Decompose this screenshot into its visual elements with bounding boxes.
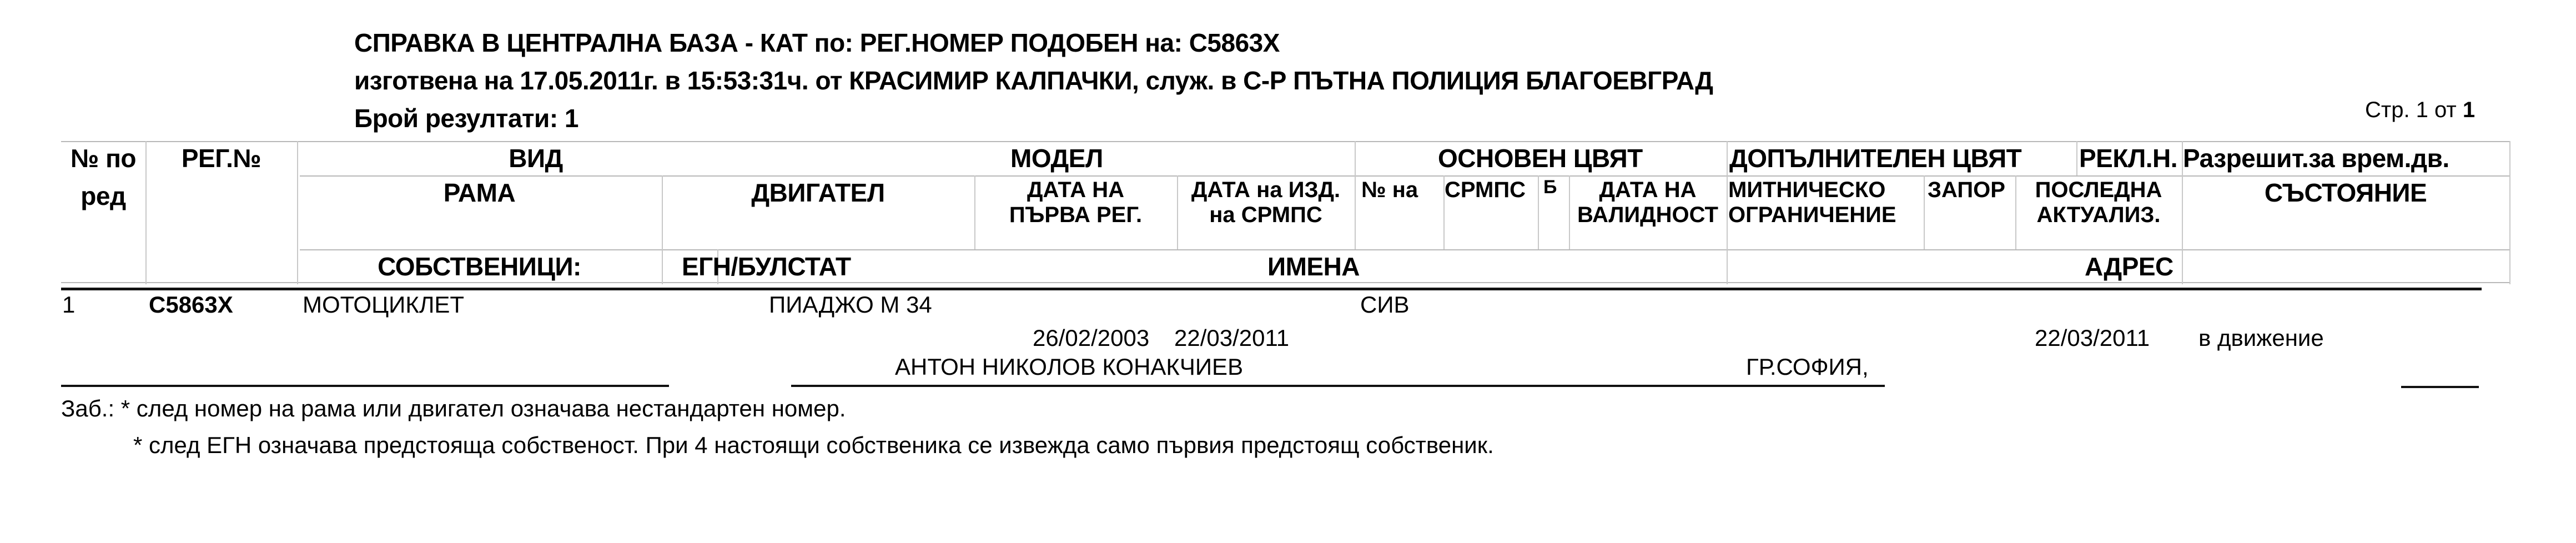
col-customs-restriction: МИТНИЧЕСКО ОГРАНИЧЕНИЕ bbox=[1728, 178, 1896, 228]
col-seq-no-line2: ред bbox=[61, 181, 145, 211]
col-status: СЪСТОЯНИЕ bbox=[2182, 178, 2509, 208]
col-owners: СОБСТВЕНИЦИ: bbox=[297, 252, 662, 281]
col-names: ИМЕНА bbox=[1267, 252, 1360, 281]
col-srmps-b: Б bbox=[1543, 177, 1557, 198]
record-status: в движение bbox=[2198, 325, 2324, 351]
col-srmps: СРМПС bbox=[1445, 178, 1526, 203]
page-total: 1 bbox=[2463, 98, 2475, 122]
col-temp-permit: Разрешит.за врем.дв. bbox=[2183, 143, 2449, 173]
col-doc-no: № на bbox=[1361, 178, 1418, 203]
col-seizure: ЗАПОР bbox=[1928, 178, 2005, 203]
col-first-reg-date: ДАТА НА ПЪРВА РЕГ. bbox=[974, 178, 1177, 228]
col-issue-date-line2: на СРМПС bbox=[1177, 203, 1355, 228]
note-text1: * след номер на рама или двигател означа… bbox=[121, 395, 846, 421]
col-validity-line2: ВАЛИДНОСТ bbox=[1569, 203, 1727, 228]
report-title: СПРАВКА В ЦЕНТРАЛНА БАЗА - КАТ по: РЕГ.Н… bbox=[354, 28, 1280, 58]
col-issue-date-line1: ДАТА на ИЗД. bbox=[1177, 178, 1355, 203]
note-line2: * след ЕГН означава предстояща собствено… bbox=[133, 432, 1494, 459]
col-reg-no: РЕГ.№ bbox=[145, 143, 297, 173]
col-engine: ДВИГАТЕЛ bbox=[662, 178, 974, 208]
col-seq-no: № по ред bbox=[61, 143, 145, 211]
col-last-update: ПОСЛЕДНА АКТУАЛИЗ. bbox=[2015, 178, 2182, 228]
record-seq: 1 bbox=[62, 291, 75, 318]
col-last-update-line1: ПОСЛЕДНА bbox=[2015, 178, 2182, 203]
note-prefix: Заб.: bbox=[61, 395, 114, 421]
col-address: АДРЕС bbox=[2085, 252, 2173, 281]
page-label: Стр. 1 от bbox=[2365, 98, 2457, 122]
record-first-reg-date: 26/02/2003 bbox=[1033, 325, 1149, 351]
col-main-color: ОСНОВЕН ЦВЯТ bbox=[1438, 143, 1643, 173]
record-owner-address: ГР.СОФИЯ, bbox=[1746, 354, 1869, 380]
record-type: МОТОЦИКЛЕТ bbox=[303, 291, 464, 318]
record-issue-date: 22/03/2011 bbox=[1174, 325, 1289, 351]
col-ad-no: РЕКЛ.Н. bbox=[2079, 143, 2177, 173]
col-customs-line1: МИТНИЧЕСКО bbox=[1728, 178, 1896, 203]
record-last-update: 22/03/2011 bbox=[2035, 325, 2150, 351]
note-line1: Заб.: * след номер на рама или двигател … bbox=[61, 395, 846, 422]
col-issue-date: ДАТА на ИЗД. на СРМПС bbox=[1177, 178, 1355, 228]
record-main-color: СИВ bbox=[1360, 291, 1410, 318]
col-validity-date: ДАТА НА ВАЛИДНОСТ bbox=[1569, 178, 1727, 228]
col-first-reg-line1: ДАТА НА bbox=[974, 178, 1177, 203]
results-count: Брой резултати: 1 bbox=[354, 103, 578, 133]
record-reg-no: С5863Х bbox=[149, 291, 233, 318]
record-model: ПИАДЖО М 34 bbox=[769, 291, 932, 318]
col-validity-line1: ДАТА НА bbox=[1569, 178, 1727, 203]
col-extra-color: ДОПЪЛНИТЕЛЕН ЦВЯТ bbox=[1729, 143, 2021, 173]
col-egn: ЕГН/БУЛСТАТ bbox=[682, 252, 851, 281]
col-last-update-line2: АКТУАЛИЗ. bbox=[2015, 203, 2182, 228]
record-owner-name: АНТОН НИКОЛОВ КОНАКЧИЕВ bbox=[895, 354, 1243, 380]
col-first-reg-line2: ПЪРВА РЕГ. bbox=[974, 203, 1177, 228]
page-indicator: Стр. 1 от 1 bbox=[2365, 98, 2475, 123]
col-type: ВИД bbox=[297, 143, 774, 173]
col-frame: РАМА bbox=[297, 178, 662, 208]
report-prepared-by: изготвена на 17.05.2011г. в 15:53:31ч. о… bbox=[354, 66, 1713, 95]
col-seq-no-line1: № по bbox=[61, 143, 145, 173]
col-model: МОДЕЛ bbox=[1010, 143, 1103, 173]
col-customs-line2: ОГРАНИЧЕНИЕ bbox=[1728, 203, 1896, 228]
